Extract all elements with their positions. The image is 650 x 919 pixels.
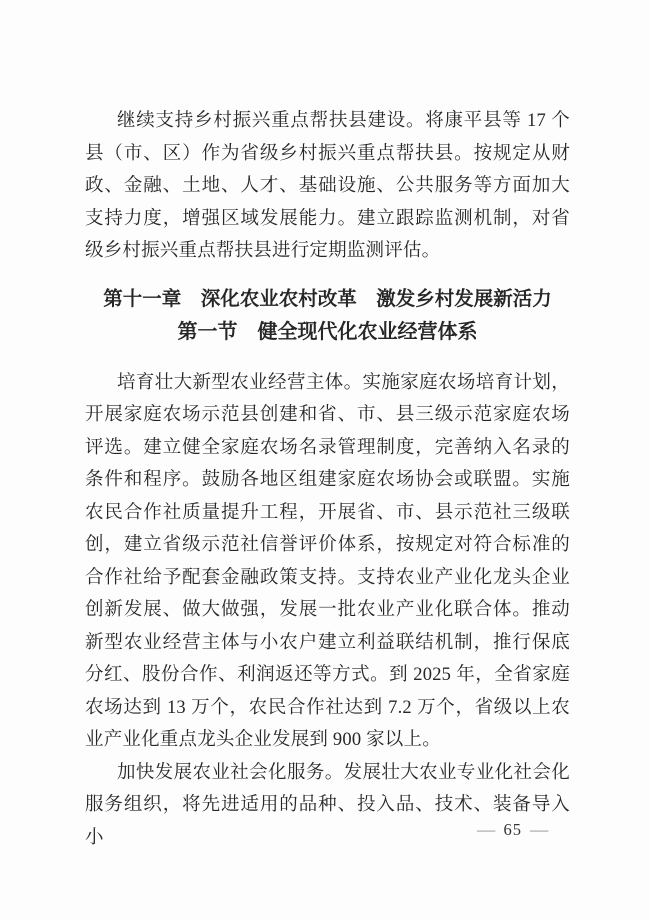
document-text-block: 继续支持乡村振兴重点帮扶县建设。将康平县等 17 个县（市、区）作为省级乡村振兴… xyxy=(85,105,570,854)
page-number-right-dash: — xyxy=(530,818,548,842)
section-heading: 第一节 健全现代化农业经营体系 xyxy=(85,316,570,349)
page-number-left-dash: — xyxy=(477,818,495,842)
paragraph-business-entities: 培育壮大新型农业经营主体。实施家庭农场培育计划，开展家庭农场示范县创建和省、市、… xyxy=(85,367,570,757)
page-number-value: 65 xyxy=(504,818,523,842)
paragraph-rural-revitalization-support: 继续支持乡村振兴重点帮扶县建设。将康平县等 17 个县（市、区）作为省级乡村振兴… xyxy=(85,105,570,268)
chapter-heading: 第十一章 深化农业农村改革 激发乡村发展新活力 xyxy=(85,284,570,317)
document-page: 继续支持乡村振兴重点帮扶县建设。将康平县等 17 个县（市、区）作为省级乡村振兴… xyxy=(0,0,650,919)
page-number: — 65 — xyxy=(478,818,548,842)
page-footer: — 65 — xyxy=(0,818,650,842)
